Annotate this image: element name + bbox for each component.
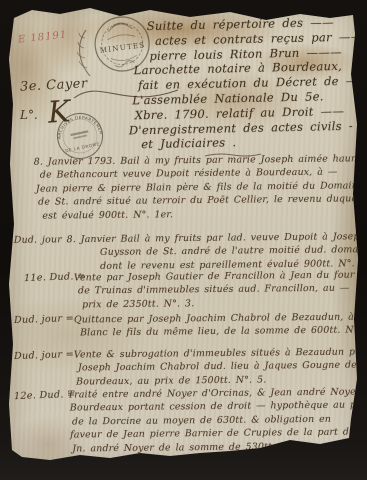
repertoire-entry-1: 8. Janvier 1793. Bail à my fruits par ma… — [34, 152, 355, 222]
entry-line: est évalué 900tt. N°. 1er. — [34, 206, 354, 223]
entry-line: Blanc le fils du même lieu, de la somme … — [74, 324, 356, 340]
entry-6-margin-label: 12e. Dud. = — [14, 389, 76, 402]
repertoire-entry-6: Traité entre andré Noyer d'Orcinas, & Je… — [68, 385, 357, 455]
entry-5-margin-label: Dud. jour = — [14, 349, 74, 362]
cahier-flourish — [72, 82, 184, 108]
repertoire-entry-3: Vente par Joseph Gautier de Francillon à… — [74, 269, 356, 312]
archives-stamp-bottom-text: DE LA DROME — [65, 141, 100, 153]
repertoire-entry-2: Dud. jour 8. Janvier Bail à my fruits pa… — [14, 230, 354, 274]
entry-4-margin-label: Dud. jour = — [14, 313, 74, 326]
archive-cote: E 18191 — [18, 29, 68, 45]
manuscript-page: E 18191 MINUTES Suitte du répertoire des… — [8, 4, 360, 466]
repertoire-entry-4: Quittance par Joseph Joachim Chabrol de … — [74, 311, 356, 341]
repertoire-entry-5: Vente & subrogation d'immeubles situés à… — [74, 346, 356, 389]
entry-line: Jn. andré Noyer de la somme de 530tt. N°… — [68, 439, 356, 455]
scan-background: E 18191 MINUTES Suitte du répertoire des… — [0, 0, 367, 480]
entry-line: prix de 2350tt. N°. 3. — [74, 295, 356, 311]
margin-folio-label: L°. — [20, 108, 38, 122]
